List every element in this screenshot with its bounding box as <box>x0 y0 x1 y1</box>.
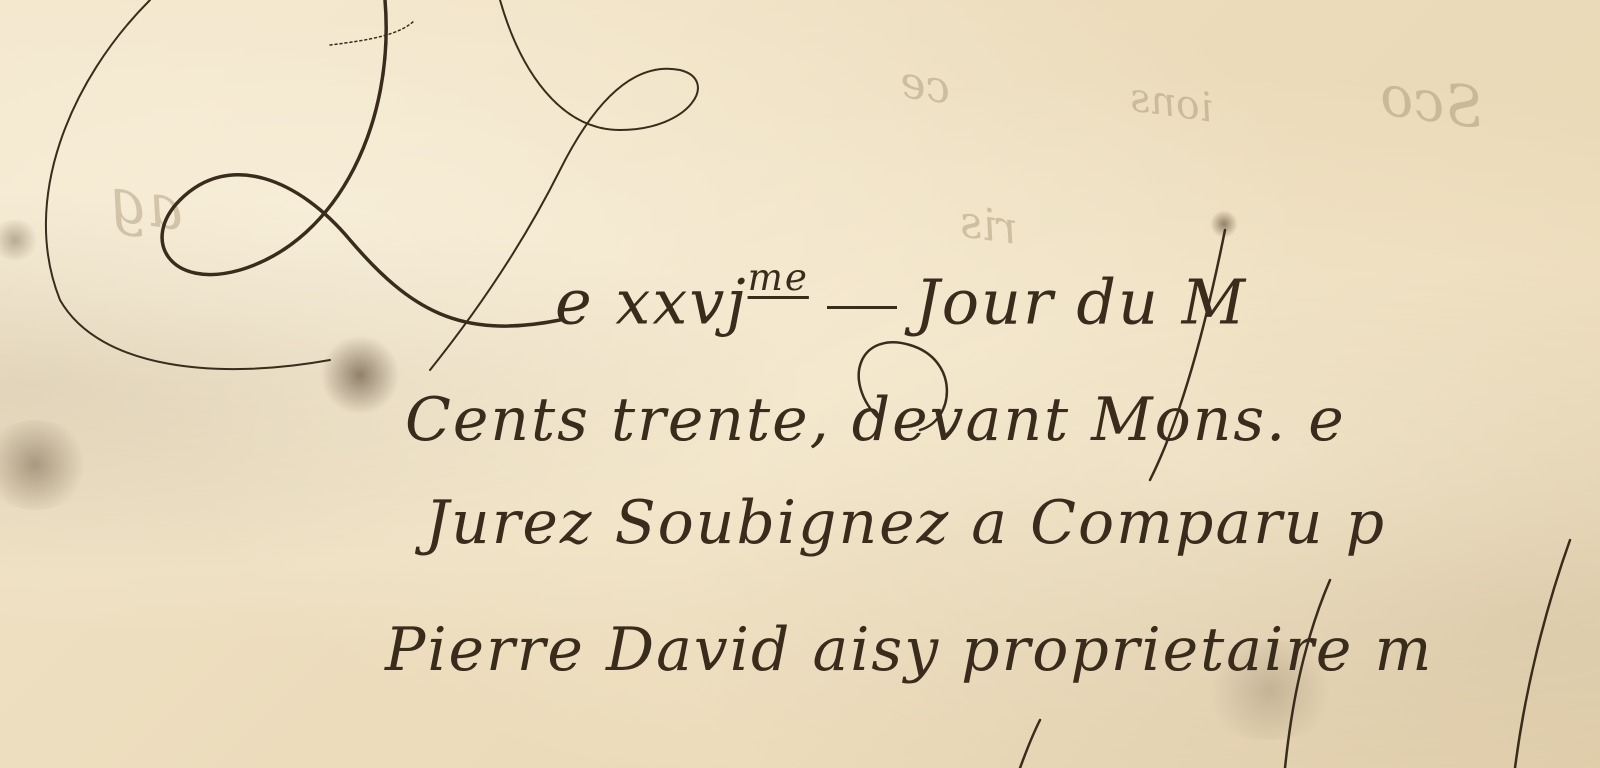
line-1-dash <box>827 306 897 309</box>
manuscript-page: Sco ions ag ce ris e xxvjmeJour du M Cen… <box>0 0 1600 768</box>
line-1-date: e xxvj <box>555 265 748 338</box>
line-3-text: Jurez Soubignez a Comparu <box>425 488 1325 558</box>
manuscript-line-4: Pierre David aisy proprietaire m <box>385 615 1433 685</box>
line-2-trailing: e <box>1308 385 1346 455</box>
line-3-trailing: p <box>1346 488 1386 558</box>
line-1-continuation: Jour du M <box>915 265 1247 338</box>
line-4-text: Pierre David aisy proprietaire m <box>385 615 1433 685</box>
line-1-superscript: me <box>748 255 809 299</box>
manuscript-line-2: Cents trente, devant Mons. e <box>405 385 1346 455</box>
line-2-text: Cents trente, devant Mons. <box>405 385 1287 455</box>
manuscript-line-1: e xxvjmeJour du M <box>555 255 1247 338</box>
manuscript-line-3: Jurez Soubignez a Comparu p <box>425 488 1386 558</box>
